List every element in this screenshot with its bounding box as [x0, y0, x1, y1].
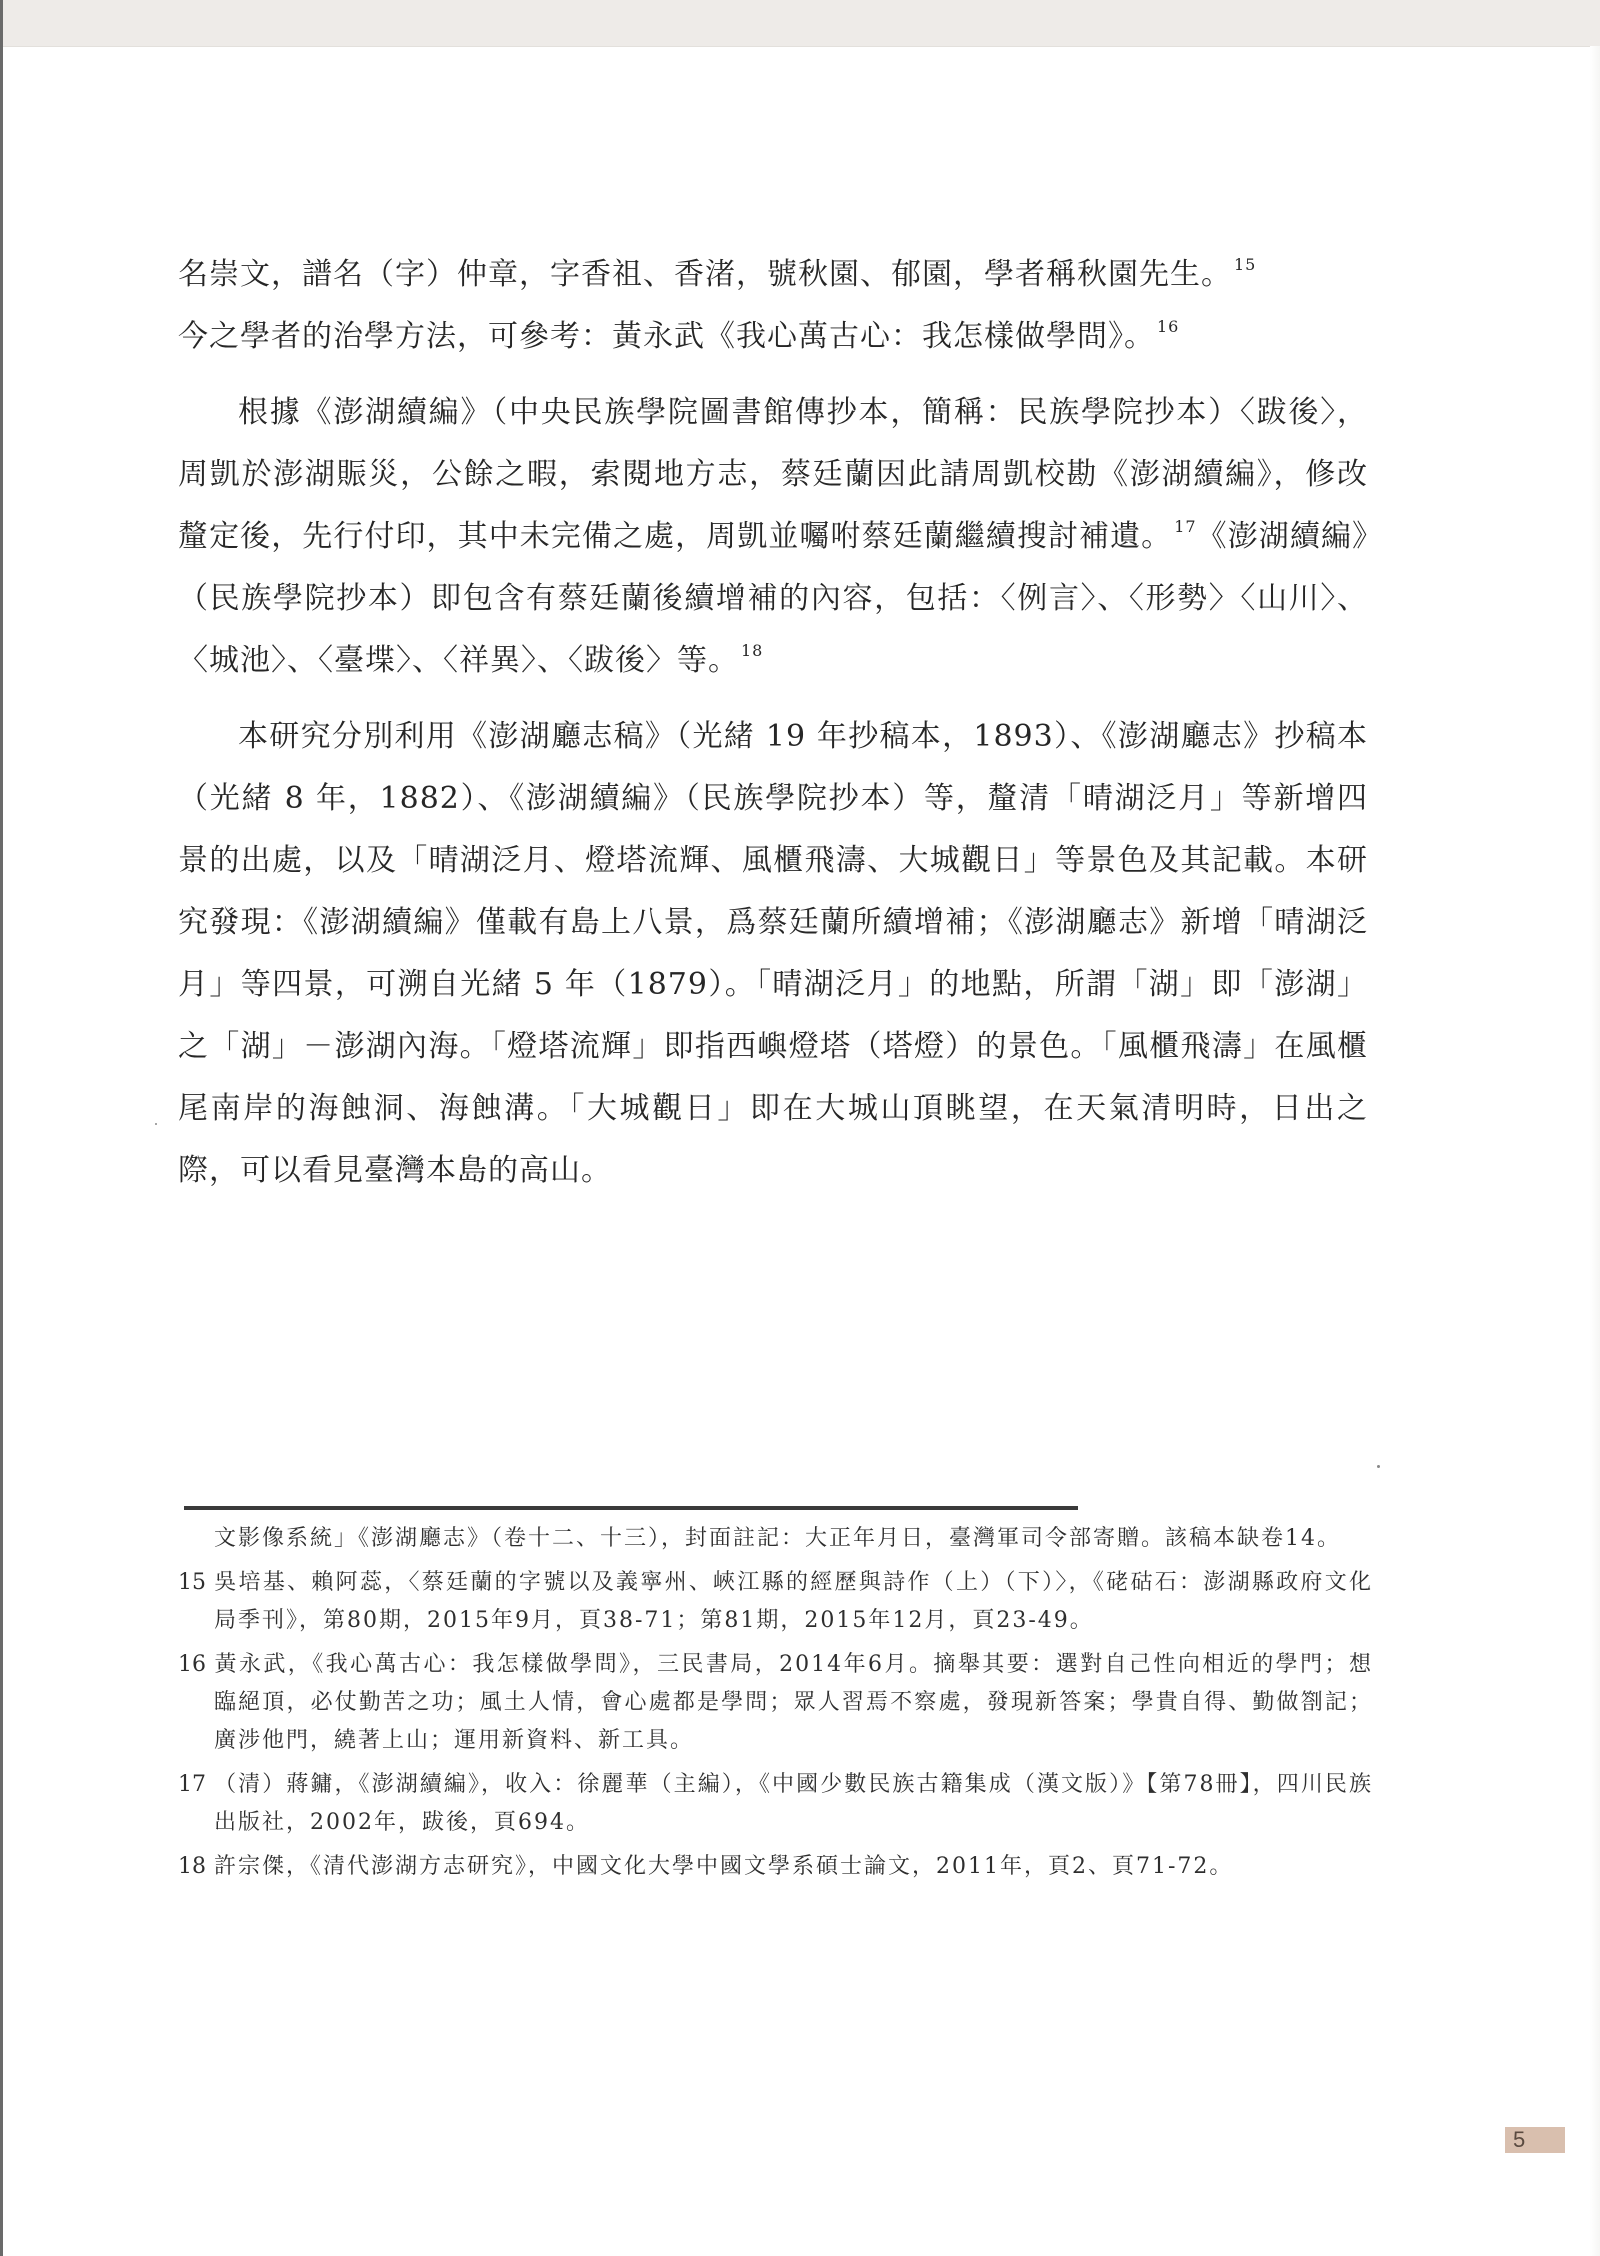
scan-speck: [1377, 1465, 1380, 1468]
footnote-ref-16[interactable]: 16: [1157, 317, 1179, 336]
footnote-ref-17[interactable]: 17: [1174, 517, 1196, 536]
scan-left-edge: [0, 0, 3, 2256]
footnote-18: 18許宗傑，《清代澎湖方志研究》，中國文化大學中國文學系碩士論文，2011年，頁…: [178, 1848, 1373, 1886]
footnote-ref-15[interactable]: 15: [1234, 255, 1256, 274]
page-number: 5: [1505, 2127, 1565, 2153]
footnote-number: 18: [178, 1848, 214, 1886]
footnote-text: 黃永武，《我心萬古心：我怎樣做學問》，三民書局，2014年6月。摘舉其要：選對自…: [214, 1652, 1373, 1753]
footnote-15: 15吳培基、賴阿蕊，〈蔡廷蘭的字號以及義寧州、峽江縣的經歷與詩作（上）（下）〉，…: [178, 1564, 1373, 1640]
footnote-continuation-text: 文影像系統」《澎湖廳志》（卷十二、十三），封面註記：大正年月日，臺灣軍司令部寄贈…: [214, 1526, 1341, 1551]
paragraph-2: 根據《澎湖續編》（中央民族學院圖書館傳抄本，簡稱：民族學院抄本）〈跋後〉，周凱於…: [178, 382, 1368, 692]
scan-right-shade: [1590, 46, 1600, 2256]
scan-speck: [155, 1123, 157, 1125]
paragraph-3-text: 本研究分別利用《澎湖廳志稿》（光緒 19 年抄稿本，1893）、《澎湖廳志》抄稿…: [178, 719, 1368, 1188]
paragraph-3: 本研究分別利用《澎湖廳志稿》（光緒 19 年抄稿本，1893）、《澎湖廳志》抄稿…: [178, 706, 1368, 1202]
footnote-text: 許宗傑，《清代澎湖方志研究》，中國文化大學中國文學系碩士論文，2011年，頁2、…: [214, 1854, 1233, 1879]
footnote-number: 15: [178, 1564, 214, 1602]
footnote-16: 16黃永武，《我心萬古心：我怎樣做學問》，三民書局，2014年6月。摘舉其要：選…: [178, 1646, 1373, 1760]
footnote-text: （清）蔣鏞，《澎湖續編》，收入：徐麗華（主編），《中國少數民族古籍集成（漢文版）…: [214, 1772, 1373, 1835]
paragraph-1: 名崇文，譜名（字）仲章，字香祖、香渚，號秋園、郁園，學者稱秋園先生。15 今之學…: [178, 244, 1368, 368]
footnotes: 文影像系統」《澎湖廳志》（卷十二、十三），封面註記：大正年月日，臺灣軍司令部寄贈…: [178, 1520, 1373, 1892]
footnote-number: 17: [178, 1766, 214, 1804]
scan-top-band: [0, 0, 1600, 47]
footnote-text: 吳培基、賴阿蕊，〈蔡廷蘭的字號以及義寧州、峽江縣的經歷與詩作（上）（下）〉，《硓…: [214, 1570, 1373, 1633]
paragraph-1-text-after: 今之學者的治學方法，可參考：黃永武《我心萬古心：我怎樣做學問》。: [178, 319, 1155, 354]
footnote-continuation: 文影像系統」《澎湖廳志》（卷十二、十三），封面註記：大正年月日，臺灣軍司令部寄贈…: [178, 1520, 1373, 1558]
footnote-17: 17（清）蔣鏞，《澎湖續編》，收入：徐麗華（主編），《中國少數民族古籍集成（漢文…: [178, 1766, 1373, 1842]
footnote-ref-18[interactable]: 18: [741, 641, 763, 660]
footnote-number: 16: [178, 1646, 214, 1684]
paragraph-1-text: 名崇文，譜名（字）仲章，字香祖、香渚，號秋園、郁園，學者稱秋園先生。: [178, 257, 1232, 292]
body-text: 名崇文，譜名（字）仲章，字香祖、香渚，號秋園、郁園，學者稱秋園先生。15 今之學…: [178, 244, 1368, 1216]
footnote-divider: [184, 1506, 1078, 1510]
